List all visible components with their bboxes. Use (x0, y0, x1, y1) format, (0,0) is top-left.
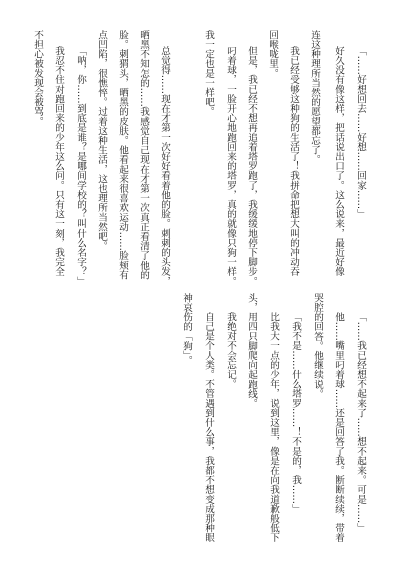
text-column: 头，用四只脚爬向起跑线。 (245, 293, 257, 408)
text-column: 「……我已经想不起来了……想不起来。可是……」 (354, 312, 366, 533)
text-column: 「我不是……什么塔罗……！不是的，我……」 (289, 312, 301, 514)
text-column: 连这种理所当然的愿望都忘了。 (308, 30, 320, 164)
text-column: 点凹陷，很憔悴。过着这种生活，这也理所当然吧。 (95, 30, 107, 251)
text-column: 我已经受够这种狗的生活了！我拼命把想大叫的冲动吞 (287, 46, 299, 276)
text-column: 哭腔的回答。他继续说。 (311, 293, 323, 399)
text-column: 他……嘴里叼着球……还是回答了我。断断续续，带着 (332, 312, 344, 542)
text-column: 我忍不住对跑回来的少年这么问。只有这一刻，我完全 (52, 46, 64, 276)
text-column: 「……好想回去……好想……回家……」 (354, 46, 366, 219)
text-column: 脸。刺猬头，晒黑的皮肤。他看起来很喜欢运动……脸颊有 (116, 30, 128, 280)
text-column: 神哀伤的「狗」。 (180, 293, 192, 365)
text-column: 回喉咙里。 (266, 30, 278, 78)
text-column: 比我大一点的少年，说到这里，像是在向我道歉般低下 (267, 312, 279, 542)
text-column: 自己是个人类。不管遇到什么事，我都不想变成那种眼 (202, 312, 214, 542)
text-column: 我绝对不会忘记。 (224, 312, 236, 389)
text-column: 好久没有像这样，把话说出口了。这么说来，最近好像 (332, 46, 344, 276)
text-column: 总觉得……现在才第一次好好看着他的脸。刺刺的头发， (158, 46, 170, 286)
text-column: 不担心被发现会被骂。 (31, 30, 43, 126)
text-column: 「呐，你……到底是谁？是哪间学校的？叫什么名字？」 (74, 46, 86, 286)
text-column: 晒黑不知怎的……我感觉自己现在才第一次真正看清了他的 (137, 30, 149, 280)
text-column: 但是，我已经不想再追着塔罗跑了，我缓缓地停下脚步。 (245, 46, 257, 286)
text-column: 我一定也是一样吧。 (202, 30, 214, 116)
text-column: 叼着球，一脸开心地跑回来的塔罗，真的就像只狗一样。 (224, 46, 236, 286)
document-page: 「……好想回去……好想……回家……」 好久没有像这样，把话说出口了。这么说来，最… (0, 0, 400, 566)
